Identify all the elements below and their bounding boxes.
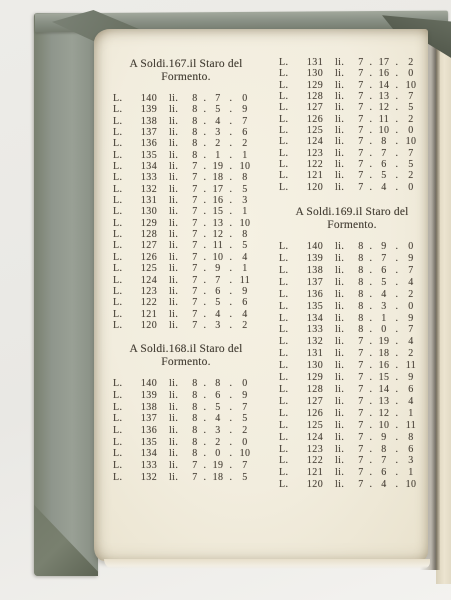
row-denari-value: 2 bbox=[401, 170, 421, 181]
row-denari-value: 5 bbox=[235, 240, 255, 251]
table-row: L.136li.8.2.2 bbox=[111, 138, 261, 149]
row-libre-value: 7 bbox=[189, 161, 201, 172]
row-soldi-value: 7 bbox=[209, 275, 227, 286]
row-libre-value: 7 bbox=[355, 444, 367, 456]
book-photo: A Soldi.167.il Staro delFormento.L.140li… bbox=[0, 0, 451, 600]
separator-dot: . bbox=[367, 148, 375, 159]
row-lira-label: L. bbox=[277, 396, 299, 408]
row-soldi-value: 11 bbox=[375, 114, 393, 125]
row-lira-value: 134 bbox=[133, 448, 165, 460]
row-lira-label: L. bbox=[277, 372, 299, 384]
table-row: L.130li.7.16.11 bbox=[277, 360, 427, 372]
row-lira-value: 125 bbox=[133, 263, 165, 274]
row-denari-value: 1 bbox=[235, 150, 255, 161]
separator-dot: . bbox=[227, 116, 235, 127]
separator-dot: . bbox=[201, 472, 209, 484]
separator-dot: . bbox=[393, 241, 401, 253]
row-lira-value: 121 bbox=[299, 170, 331, 181]
conversion-table: L.131li.7.17.2L.130li.7.16.0L.129li.7.14… bbox=[277, 57, 427, 193]
row-denari-value: 6 bbox=[235, 127, 255, 138]
row-unit-label: li. bbox=[165, 195, 189, 206]
row-libre-value: 7 bbox=[189, 460, 201, 472]
row-soldi-value: 17 bbox=[375, 57, 393, 68]
row-unit-label: li. bbox=[165, 172, 189, 183]
row-lira-label: L. bbox=[277, 289, 299, 301]
section-title: A Soldi.168.il Staro delFormento. bbox=[111, 343, 261, 369]
row-lira-label: L. bbox=[277, 313, 299, 325]
table-row: L.138li.8.6.7 bbox=[277, 265, 427, 277]
row-lira-label: L. bbox=[277, 455, 299, 467]
row-libre-value: 7 bbox=[355, 360, 367, 372]
row-lira-label: L. bbox=[277, 408, 299, 420]
separator-dot: . bbox=[367, 265, 375, 277]
separator-dot: . bbox=[367, 455, 375, 467]
separator-dot: . bbox=[393, 182, 401, 193]
row-lira-value: 138 bbox=[299, 265, 331, 277]
table-row: L.129li.7.13.10 bbox=[111, 218, 261, 229]
separator-dot: . bbox=[201, 460, 209, 472]
row-libre-value: 7 bbox=[355, 396, 367, 408]
row-libre-value: 7 bbox=[189, 297, 201, 308]
row-unit-label: li. bbox=[165, 138, 189, 149]
row-lira-value: 123 bbox=[299, 148, 331, 159]
row-lira-label: L. bbox=[111, 425, 133, 437]
separator-dot: . bbox=[367, 68, 375, 79]
row-denari-value: 3 bbox=[401, 455, 421, 467]
row-denari-value: 0 bbox=[401, 182, 421, 193]
row-soldi-value: 6 bbox=[375, 467, 393, 479]
row-denari-value: 4 bbox=[235, 309, 255, 320]
row-lira-label: L. bbox=[111, 150, 133, 161]
table-row: L.140li.8.7.0 bbox=[111, 93, 261, 104]
separator-dot: . bbox=[201, 195, 209, 206]
row-libre-value: 8 bbox=[189, 116, 201, 127]
row-unit-label: li. bbox=[331, 384, 355, 396]
separator-dot: . bbox=[367, 91, 375, 102]
row-soldi-value: 9 bbox=[209, 263, 227, 274]
row-denari-value: 2 bbox=[235, 320, 255, 331]
table-row: L.129li.7.15.9 bbox=[277, 372, 427, 384]
table-row: L.127li.7.13.4 bbox=[277, 396, 427, 408]
table-row: L.126li.7.12.1 bbox=[277, 408, 427, 420]
table-row: L.134li.7.19.10 bbox=[111, 161, 261, 172]
row-lira-value: 124 bbox=[299, 432, 331, 444]
table-row: L.132li.7.17.5 bbox=[111, 184, 261, 195]
row-soldi-value: 8 bbox=[375, 136, 393, 147]
separator-dot: . bbox=[367, 159, 375, 170]
table-section: A Soldi.168.il Staro delFormento.L.140li… bbox=[111, 343, 261, 483]
row-lira-value: 123 bbox=[133, 286, 165, 297]
row-libre-value: 7 bbox=[189, 320, 201, 331]
separator-dot: . bbox=[393, 408, 401, 420]
row-denari-value: 5 bbox=[235, 184, 255, 195]
separator-dot: . bbox=[227, 320, 235, 331]
row-lira-value: 131 bbox=[299, 348, 331, 360]
separator-dot: . bbox=[227, 275, 235, 286]
row-libre-value: 8 bbox=[355, 313, 367, 325]
row-libre-value: 7 bbox=[355, 170, 367, 181]
separator-dot: . bbox=[367, 301, 375, 313]
table-row: L.137li.8.5.4 bbox=[277, 277, 427, 289]
separator-dot: . bbox=[393, 467, 401, 479]
right-text-column: L.131li.7.17.2L.130li.7.16.0L.129li.7.14… bbox=[277, 57, 427, 491]
separator-dot: . bbox=[393, 444, 401, 456]
separator-dot: . bbox=[227, 104, 235, 115]
row-lira-value: 139 bbox=[133, 390, 165, 402]
conversion-table: L.140li.8.9.0L.139li.8.7.9L.138li.8.6.7L… bbox=[277, 241, 427, 491]
row-lira-value: 134 bbox=[299, 313, 331, 325]
row-denari-value: 3 bbox=[235, 195, 255, 206]
row-soldi-value: 12 bbox=[375, 408, 393, 420]
row-unit-label: li. bbox=[165, 252, 189, 263]
separator-dot: . bbox=[201, 425, 209, 437]
row-lira-value: 138 bbox=[133, 402, 165, 414]
separator-dot: . bbox=[393, 289, 401, 301]
row-libre-value: 8 bbox=[355, 277, 367, 289]
row-lira-value: 126 bbox=[133, 252, 165, 263]
row-libre-value: 7 bbox=[355, 125, 367, 136]
row-unit-label: li. bbox=[331, 241, 355, 253]
separator-dot: . bbox=[227, 309, 235, 320]
table-row: L.124li.7.7.11 bbox=[111, 275, 261, 286]
separator-dot: . bbox=[227, 402, 235, 414]
separator-dot: . bbox=[367, 324, 375, 336]
row-soldi-value: 5 bbox=[209, 297, 227, 308]
row-lira-value: 127 bbox=[299, 102, 331, 113]
row-unit-label: li. bbox=[331, 148, 355, 159]
separator-dot: . bbox=[227, 138, 235, 149]
separator-dot: . bbox=[393, 479, 401, 491]
separator-dot: . bbox=[393, 170, 401, 181]
row-lira-label: L. bbox=[277, 102, 299, 113]
row-denari-value: 0 bbox=[401, 68, 421, 79]
separator-dot: . bbox=[227, 390, 235, 402]
row-denari-value: 7 bbox=[401, 148, 421, 159]
separator-dot: . bbox=[201, 263, 209, 274]
row-lira-label: L. bbox=[277, 444, 299, 456]
row-unit-label: li. bbox=[331, 136, 355, 147]
row-soldi-value: 6 bbox=[209, 390, 227, 402]
separator-dot: . bbox=[393, 136, 401, 147]
row-denari-value: 5 bbox=[235, 413, 255, 425]
row-unit-label: li. bbox=[331, 277, 355, 289]
separator-dot: . bbox=[227, 150, 235, 161]
separator-dot: . bbox=[201, 104, 209, 115]
table-row: L.127li.7.11.5 bbox=[111, 240, 261, 251]
row-unit-label: li. bbox=[331, 301, 355, 313]
table-row: L.122li.7.5.6 bbox=[111, 297, 261, 308]
row-libre-value: 7 bbox=[189, 206, 201, 217]
row-denari-value: 0 bbox=[235, 437, 255, 449]
row-unit-label: li. bbox=[165, 472, 189, 484]
row-libre-value: 8 bbox=[189, 448, 201, 460]
row-lira-label: L. bbox=[277, 420, 299, 432]
table-row: L.131li.7.17.2 bbox=[277, 57, 427, 68]
row-unit-label: li. bbox=[331, 479, 355, 491]
row-soldi-value: 19 bbox=[209, 460, 227, 472]
separator-dot: . bbox=[367, 114, 375, 125]
row-lira-label: L. bbox=[111, 93, 133, 104]
row-lira-label: L. bbox=[111, 252, 133, 263]
row-libre-value: 7 bbox=[355, 455, 367, 467]
separator-dot: . bbox=[201, 127, 209, 138]
row-denari-value: 5 bbox=[401, 102, 421, 113]
row-libre-value: 7 bbox=[189, 263, 201, 274]
separator-dot: . bbox=[201, 252, 209, 263]
row-libre-value: 8 bbox=[189, 378, 201, 390]
row-lira-label: L. bbox=[277, 467, 299, 479]
row-libre-value: 7 bbox=[189, 472, 201, 484]
table-row: L.132li.7.19.4 bbox=[277, 336, 427, 348]
row-lira-value: 130 bbox=[299, 360, 331, 372]
row-soldi-value: 19 bbox=[209, 161, 227, 172]
row-unit-label: li. bbox=[165, 93, 189, 104]
separator-dot: . bbox=[201, 172, 209, 183]
row-lira-value: 121 bbox=[133, 309, 165, 320]
row-denari-value: 9 bbox=[235, 286, 255, 297]
row-lira-label: L. bbox=[111, 460, 133, 472]
table-row: L.133li.7.18.8 bbox=[111, 172, 261, 183]
separator-dot: . bbox=[367, 277, 375, 289]
row-soldi-value: 16 bbox=[375, 68, 393, 79]
separator-dot: . bbox=[227, 93, 235, 104]
row-lira-value: 135 bbox=[299, 301, 331, 313]
row-soldi-value: 11 bbox=[209, 240, 227, 251]
table-section: A Soldi.169.il Staro delFormento.L.140li… bbox=[277, 206, 427, 491]
row-denari-value: 2 bbox=[235, 425, 255, 437]
row-lira-value: 126 bbox=[299, 408, 331, 420]
row-soldi-value: 1 bbox=[375, 313, 393, 325]
row-unit-label: li. bbox=[165, 184, 189, 195]
separator-dot: . bbox=[367, 313, 375, 325]
section-title-line: Formento. bbox=[111, 71, 261, 84]
row-lira-value: 129 bbox=[133, 218, 165, 229]
row-denari-value: 7 bbox=[235, 460, 255, 472]
section-title-line: Formento. bbox=[111, 356, 261, 369]
row-libre-value: 8 bbox=[189, 104, 201, 115]
row-denari-value: 8 bbox=[235, 172, 255, 183]
separator-dot: . bbox=[393, 253, 401, 265]
row-libre-value: 7 bbox=[355, 102, 367, 113]
row-lira-label: L. bbox=[111, 172, 133, 183]
row-denari-value: 2 bbox=[401, 289, 421, 301]
row-unit-label: li. bbox=[331, 68, 355, 79]
book-cover-cloth-left bbox=[34, 13, 98, 576]
separator-dot: . bbox=[367, 384, 375, 396]
table-row: L.127li.7.12.5 bbox=[277, 102, 427, 113]
row-lira-value: 126 bbox=[299, 114, 331, 125]
separator-dot: . bbox=[393, 372, 401, 384]
table-row: L.131li.7.16.3 bbox=[111, 195, 261, 206]
table-row: L.136li.8.4.2 bbox=[277, 289, 427, 301]
row-libre-value: 8 bbox=[355, 241, 367, 253]
row-unit-label: li. bbox=[331, 420, 355, 432]
separator-dot: . bbox=[367, 348, 375, 360]
row-libre-value: 7 bbox=[189, 218, 201, 229]
row-soldi-value: 6 bbox=[375, 159, 393, 170]
row-denari-value: 0 bbox=[401, 301, 421, 313]
row-lira-value: 137 bbox=[299, 277, 331, 289]
row-lira-label: L. bbox=[277, 265, 299, 277]
row-lira-label: L. bbox=[111, 275, 133, 286]
row-libre-value: 8 bbox=[355, 324, 367, 336]
row-denari-value: 7 bbox=[235, 116, 255, 127]
table-section: A Soldi.167.il Staro delFormento.L.140li… bbox=[111, 58, 261, 331]
row-libre-value: 7 bbox=[355, 372, 367, 384]
table-row: L.139li.8.6.9 bbox=[111, 390, 261, 402]
row-lira-label: L. bbox=[111, 286, 133, 297]
separator-dot: . bbox=[367, 289, 375, 301]
row-unit-label: li. bbox=[165, 150, 189, 161]
row-lira-label: L. bbox=[277, 253, 299, 265]
row-lira-value: 127 bbox=[299, 396, 331, 408]
row-soldi-value: 19 bbox=[375, 336, 393, 348]
row-lira-label: L. bbox=[111, 472, 133, 484]
row-soldi-value: 4 bbox=[209, 116, 227, 127]
row-lira-label: L. bbox=[277, 148, 299, 159]
row-unit-label: li. bbox=[331, 182, 355, 193]
row-soldi-value: 15 bbox=[209, 206, 227, 217]
row-lira-value: 136 bbox=[133, 138, 165, 149]
separator-dot: . bbox=[201, 275, 209, 286]
separator-dot: . bbox=[227, 297, 235, 308]
separator-dot: . bbox=[227, 195, 235, 206]
table-row: L.120li.7.4.0 bbox=[277, 182, 427, 193]
table-row: L.128li.7.14.6 bbox=[277, 384, 427, 396]
row-soldi-value: 2 bbox=[209, 138, 227, 149]
row-soldi-value: 18 bbox=[209, 172, 227, 183]
table-row: L.137li.8.4.5 bbox=[111, 413, 261, 425]
row-unit-label: li. bbox=[165, 116, 189, 127]
row-lira-label: L. bbox=[111, 206, 133, 217]
row-libre-value: 7 bbox=[355, 432, 367, 444]
row-unit-label: li. bbox=[331, 289, 355, 301]
row-lira-value: 135 bbox=[133, 150, 165, 161]
row-lira-value: 127 bbox=[133, 240, 165, 251]
separator-dot: . bbox=[367, 479, 375, 491]
row-denari-value: 4 bbox=[401, 336, 421, 348]
table-row: L.128li.7.13.7 bbox=[277, 91, 427, 102]
row-denari-value: 9 bbox=[235, 390, 255, 402]
book-page: A Soldi.167.il Staro delFormento.L.140li… bbox=[94, 29, 428, 561]
row-denari-value: 9 bbox=[401, 253, 421, 265]
separator-dot: . bbox=[201, 93, 209, 104]
row-lira-label: L. bbox=[277, 324, 299, 336]
table-row: L.125li.7.10.11 bbox=[277, 420, 427, 432]
table-row: L.138li.8.5.7 bbox=[111, 402, 261, 414]
section-title: A Soldi.167.il Staro delFormento. bbox=[111, 58, 261, 84]
row-unit-label: li. bbox=[331, 102, 355, 113]
table-row: L.128li.7.12.8 bbox=[111, 229, 261, 240]
row-lira-value: 132 bbox=[133, 184, 165, 195]
section-title-line: A Soldi.168.il Staro del bbox=[111, 343, 261, 356]
row-soldi-value: 18 bbox=[375, 348, 393, 360]
row-soldi-value: 3 bbox=[209, 425, 227, 437]
row-libre-value: 7 bbox=[355, 420, 367, 432]
row-lira-value: 140 bbox=[299, 241, 331, 253]
row-libre-value: 7 bbox=[355, 91, 367, 102]
row-lira-label: L. bbox=[111, 390, 133, 402]
row-denari-value: 0 bbox=[235, 378, 255, 390]
separator-dot: . bbox=[201, 390, 209, 402]
row-lira-label: L. bbox=[277, 170, 299, 181]
separator-dot: . bbox=[393, 324, 401, 336]
table-row: L.133li.7.19.7 bbox=[111, 460, 261, 472]
table-row: L.137li.8.3.6 bbox=[111, 127, 261, 138]
row-libre-value: 8 bbox=[355, 253, 367, 265]
row-soldi-value: 13 bbox=[375, 91, 393, 102]
row-lira-value: 123 bbox=[299, 444, 331, 456]
row-denari-value: 9 bbox=[235, 104, 255, 115]
row-soldi-value: 9 bbox=[375, 432, 393, 444]
row-lira-label: L. bbox=[111, 116, 133, 127]
row-soldi-value: 7 bbox=[375, 455, 393, 467]
row-libre-value: 7 bbox=[355, 114, 367, 125]
row-lira-label: L. bbox=[277, 114, 299, 125]
row-lira-label: L. bbox=[277, 125, 299, 136]
row-lira-label: L. bbox=[111, 320, 133, 331]
separator-dot: . bbox=[393, 313, 401, 325]
row-unit-label: li. bbox=[331, 125, 355, 136]
row-denari-value: 11 bbox=[401, 420, 421, 432]
separator-dot: . bbox=[393, 277, 401, 289]
table-row: L.139li.8.7.9 bbox=[277, 253, 427, 265]
row-unit-label: li. bbox=[165, 320, 189, 331]
row-soldi-value: 7 bbox=[375, 148, 393, 159]
row-libre-value: 8 bbox=[189, 150, 201, 161]
separator-dot: . bbox=[201, 413, 209, 425]
separator-dot: . bbox=[201, 116, 209, 127]
row-lira-value: 122 bbox=[133, 297, 165, 308]
row-lira-value: 133 bbox=[133, 460, 165, 472]
table-row: L.131li.7.18.2 bbox=[277, 348, 427, 360]
separator-dot: . bbox=[367, 444, 375, 456]
row-lira-label: L. bbox=[111, 309, 133, 320]
row-unit-label: li. bbox=[165, 390, 189, 402]
row-lira-label: L. bbox=[277, 479, 299, 491]
row-denari-value: 2 bbox=[401, 114, 421, 125]
row-libre-value: 8 bbox=[189, 402, 201, 414]
row-denari-value: 10 bbox=[235, 448, 255, 460]
row-soldi-value: 13 bbox=[375, 396, 393, 408]
row-lira-label: L. bbox=[111, 138, 133, 149]
table-row: L.121li.7.6.1 bbox=[277, 467, 427, 479]
row-unit-label: li. bbox=[331, 324, 355, 336]
row-lira-value: 129 bbox=[299, 80, 331, 91]
separator-dot: . bbox=[393, 114, 401, 125]
row-lira-label: L. bbox=[277, 159, 299, 170]
row-lira-label: L. bbox=[277, 182, 299, 193]
row-unit-label: li. bbox=[165, 275, 189, 286]
row-soldi-value: 1 bbox=[209, 150, 227, 161]
row-lira-value: 139 bbox=[299, 253, 331, 265]
row-libre-value: 8 bbox=[189, 93, 201, 104]
separator-dot: . bbox=[201, 309, 209, 320]
row-lira-label: L. bbox=[111, 378, 133, 390]
table-row: L.126li.7.10.4 bbox=[111, 252, 261, 263]
table-row: L.123li.7.8.6 bbox=[277, 444, 427, 456]
row-lira-value: 136 bbox=[299, 289, 331, 301]
row-soldi-value: 3 bbox=[209, 127, 227, 138]
separator-dot: . bbox=[227, 472, 235, 484]
row-denari-value: 4 bbox=[235, 252, 255, 263]
row-unit-label: li. bbox=[331, 372, 355, 384]
row-lira-value: 131 bbox=[133, 195, 165, 206]
row-libre-value: 7 bbox=[355, 348, 367, 360]
row-unit-label: li. bbox=[165, 240, 189, 251]
table-row: L.136li.8.3.2 bbox=[111, 425, 261, 437]
table-row: L.126li.7.11.2 bbox=[277, 114, 427, 125]
